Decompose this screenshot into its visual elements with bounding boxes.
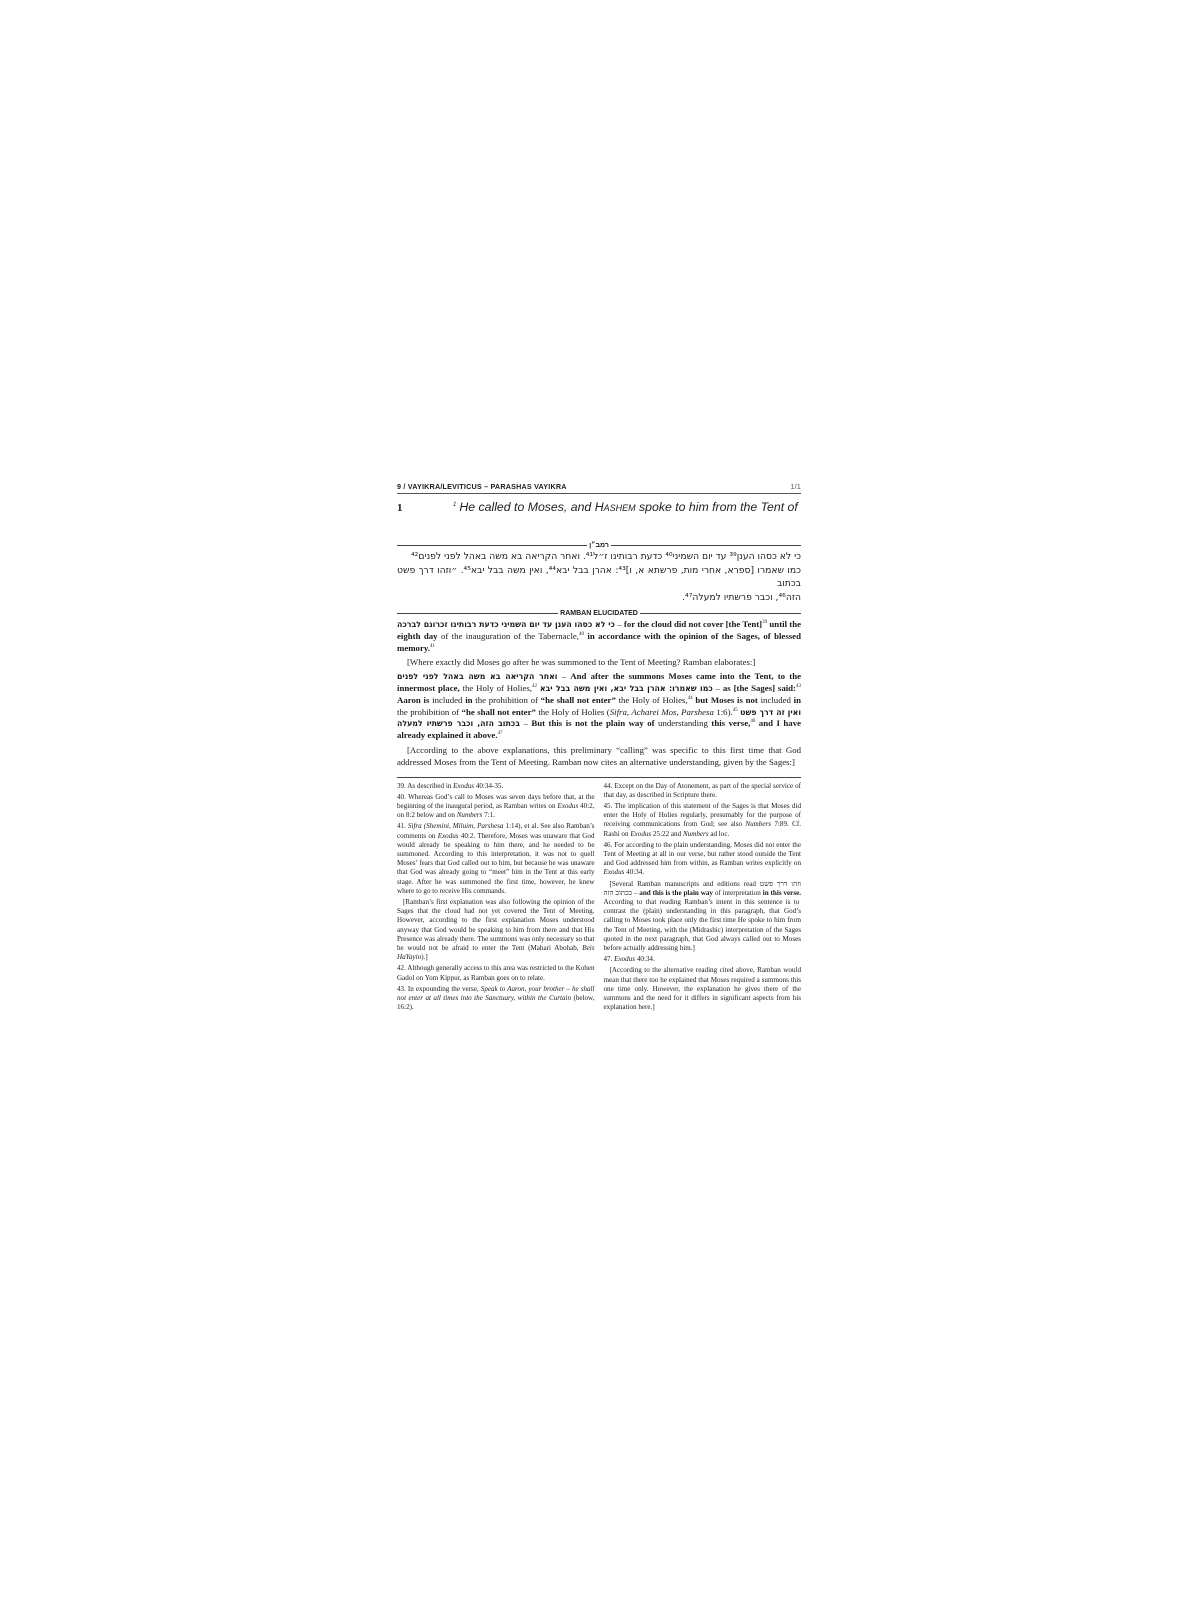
footnote-text: In expounding the verse, (406, 985, 481, 993)
verse-line: 1 1He called to Moses, and Hashem spoke … (397, 500, 801, 522)
bold-text: this verse, (711, 718, 750, 728)
footnote: [According to the alternative reading ci… (604, 966, 802, 1012)
hebrew-line: כמו שאמרו [ספרא, אחרי מות, פרשתא א, ו]⁴³… (397, 564, 801, 591)
footnote-text: Numbers (745, 820, 771, 828)
bold-text: as [the Sages] said: (723, 683, 796, 693)
footnote-text: 7:1. (482, 811, 495, 819)
footnote-text: Except on the Day of Atonement, as part … (604, 782, 802, 799)
elucidation-paragraph-3: ואחר הקריאה בא משה באהל לפני לפנים – And… (397, 671, 801, 742)
footnotes-right-column: 44. Except on the Day of Atonement, as p… (604, 782, 802, 1015)
plain-text: the Holy of Holies ( (536, 707, 610, 717)
hebrew-lemma: כי לא כסהו הענן עד יום השמיני כדעת רבותי… (397, 620, 615, 629)
plain-text: the Holy of Holies, (460, 683, 532, 693)
footnote-text: Exodus (630, 830, 651, 838)
bold-text: Aaron is (397, 695, 429, 705)
ramban-hebrew-text: כי לא כסהו הענן³⁹ עד יום השמיני⁴⁰ כדעת ר… (397, 550, 801, 604)
footnote-text: Exodus (604, 868, 625, 876)
verse-text-part: He called to Moses, and (459, 500, 594, 514)
footnote-number: 43. (397, 985, 406, 993)
hebrew-lemma: כמו שאמרו: אהרן בבל יבא, ואין משה בבל יב… (540, 684, 713, 693)
plain-text: the prohibition of (473, 695, 541, 705)
ramban-section-title: רמב״ן (587, 542, 611, 549)
footnote-text: 40:34-35. (474, 782, 503, 790)
footnote-text: Numbers (683, 830, 709, 838)
hebrew-line: כי לא כסהו הענן³⁹ עד יום השמיני⁴⁰ כדעת ר… (397, 550, 801, 564)
footnote-text: 40:2. Therefore, Moses was unaware that … (397, 832, 595, 895)
footnote: 39. As described in Exodus 40:34-35. (397, 782, 595, 791)
footnote-divider (397, 777, 801, 778)
footnote-number: 41. (397, 822, 406, 830)
footnote: 47. Exodus 40:34. (604, 955, 802, 964)
footnote-text: 40:34. (635, 955, 655, 963)
footnote-number: 40. (397, 793, 406, 801)
plain-text: the Holy of Holies, (616, 695, 688, 705)
footnote: 42. Although generally access to this ar… (397, 964, 595, 982)
plain-text: included (758, 695, 794, 705)
footnote-text: [According to the alternative reading ci… (604, 966, 802, 1011)
footnote-text: Although generally access to this area w… (397, 964, 595, 981)
footnote-text: and this is the plain way (639, 889, 713, 897)
footnote-text: [Ramban’s first explanation was also fol… (397, 898, 595, 952)
footnote-text: According to that reading Ramban’s inten… (604, 898, 802, 952)
page-reference: 1/1 (790, 482, 801, 491)
footnote-text: 40:34. (624, 868, 644, 876)
footnote-text: Sifra (Shemini, Miluim, Parshesa (408, 822, 504, 830)
footnote-text: For according to the plain understanding… (604, 841, 802, 867)
footnote-text: Exodus (453, 782, 474, 790)
footnote: [Ramban’s first explanation was also fol… (397, 898, 595, 962)
running-head: 9 / VAYIKRA/LEVITICUS – PARASHAS VAYIKRA… (397, 482, 801, 494)
bold-text: in (465, 695, 472, 705)
footnote-number: 39. (397, 782, 406, 790)
footnote: 44. Except on the Day of Atonement, as p… (604, 782, 802, 800)
elucidation-paragraph-1: כי לא כסהו הענן עד יום השמיני כדעת רבותי… (397, 619, 801, 654)
bold-text: But this is not the plain way of (531, 718, 654, 728)
footnote-text: of interpretation (713, 889, 763, 897)
bold-text: “he shall not enter” (541, 695, 616, 705)
footnote-text: Numbers (457, 811, 483, 819)
running-head-title: 9 / VAYIKRA/LEVITICUS – PARASHAS VAYIKRA (397, 482, 567, 491)
footnote-ref: 45 (733, 708, 738, 713)
bold-text: but Moses is not (693, 695, 758, 705)
footnote-text: ad loc. (709, 830, 730, 838)
footnote-text: in this verse. (763, 889, 801, 897)
bold-text: for the cloud did not cover [the Tent] (624, 619, 762, 629)
hebrew-lemma: ואחר הקריאה בא משה באהל לפני לפנים (397, 672, 557, 681)
footnote: 46. For according to the plain understan… (604, 841, 802, 878)
bold-text: “he shall not enter” (462, 707, 536, 717)
chapter-number: 1 (397, 502, 453, 514)
footnote-text: As described in (406, 782, 453, 790)
footnote-ref: 39 (762, 620, 767, 625)
verse-text-part: spoke to him from the Tent of (636, 500, 798, 514)
elucidation-paragraph-2: [Where exactly did Moses go after he was… (397, 657, 801, 669)
footnotes: 39. As described in Exodus 40:34-35.40. … (397, 782, 801, 1015)
divine-name: Hashem (595, 500, 636, 514)
plain-text: the prohibition of (397, 707, 462, 717)
elucidated-section-title: RAMBAN ELUCIDATED (558, 610, 640, 617)
footnote-ref: 42 (532, 684, 537, 689)
hebrew-line: הזה⁴⁶, וכבר פרשתיו למעלה⁴⁷. (397, 591, 801, 605)
footnote: 41. Sifra (Shemini, Miluim, Parshesa 1:1… (397, 822, 595, 896)
verse-text: 1He called to Moses, and Hashem spoke to… (453, 500, 798, 514)
italic-text: Sifra, Acharei Mos, Parshesa (610, 707, 714, 717)
footnote-text: Exodus (557, 802, 578, 810)
footnote: 45. The implication of this statement of… (604, 802, 802, 839)
footnote-text: ).] (421, 953, 428, 961)
footnote-number: 42. (397, 964, 406, 972)
footnote-text: Exodus (438, 832, 459, 840)
ramban-section-divider: רמב״ן (397, 542, 801, 549)
bold-text: in (794, 695, 801, 705)
footnote: [Several Ramban manuscripts and editions… (604, 880, 802, 954)
footnote-ref: 47 (498, 731, 503, 736)
footnotes-left-column: 39. As described in Exodus 40:34-35.40. … (397, 782, 595, 1015)
footnote-ref: 41 (430, 644, 435, 649)
elucidated-section-divider: RAMBAN ELUCIDATED (397, 610, 801, 617)
plain-text: 1:6). (714, 707, 733, 717)
footnote-text: 25:22 and (651, 830, 683, 838)
elucidation-paragraph-4: [According to the above explanations, th… (397, 745, 801, 769)
footnote-ref: 43 (796, 684, 801, 689)
plain-text: of the inauguration of the Tabernacle, (438, 631, 579, 641)
footnote: 40. Whereas God’s call to Moses was seve… (397, 793, 595, 821)
footnote: 43. In expounding the verse, Speak to Aa… (397, 985, 595, 1013)
plain-text: understanding (655, 718, 712, 728)
verse-number: 1 (453, 502, 456, 508)
footnote-text: Exodus (614, 955, 635, 963)
plain-text: included (429, 695, 465, 705)
book-page: 9 / VAYIKRA/LEVITICUS – PARASHAS VAYIKRA… (397, 482, 801, 1014)
